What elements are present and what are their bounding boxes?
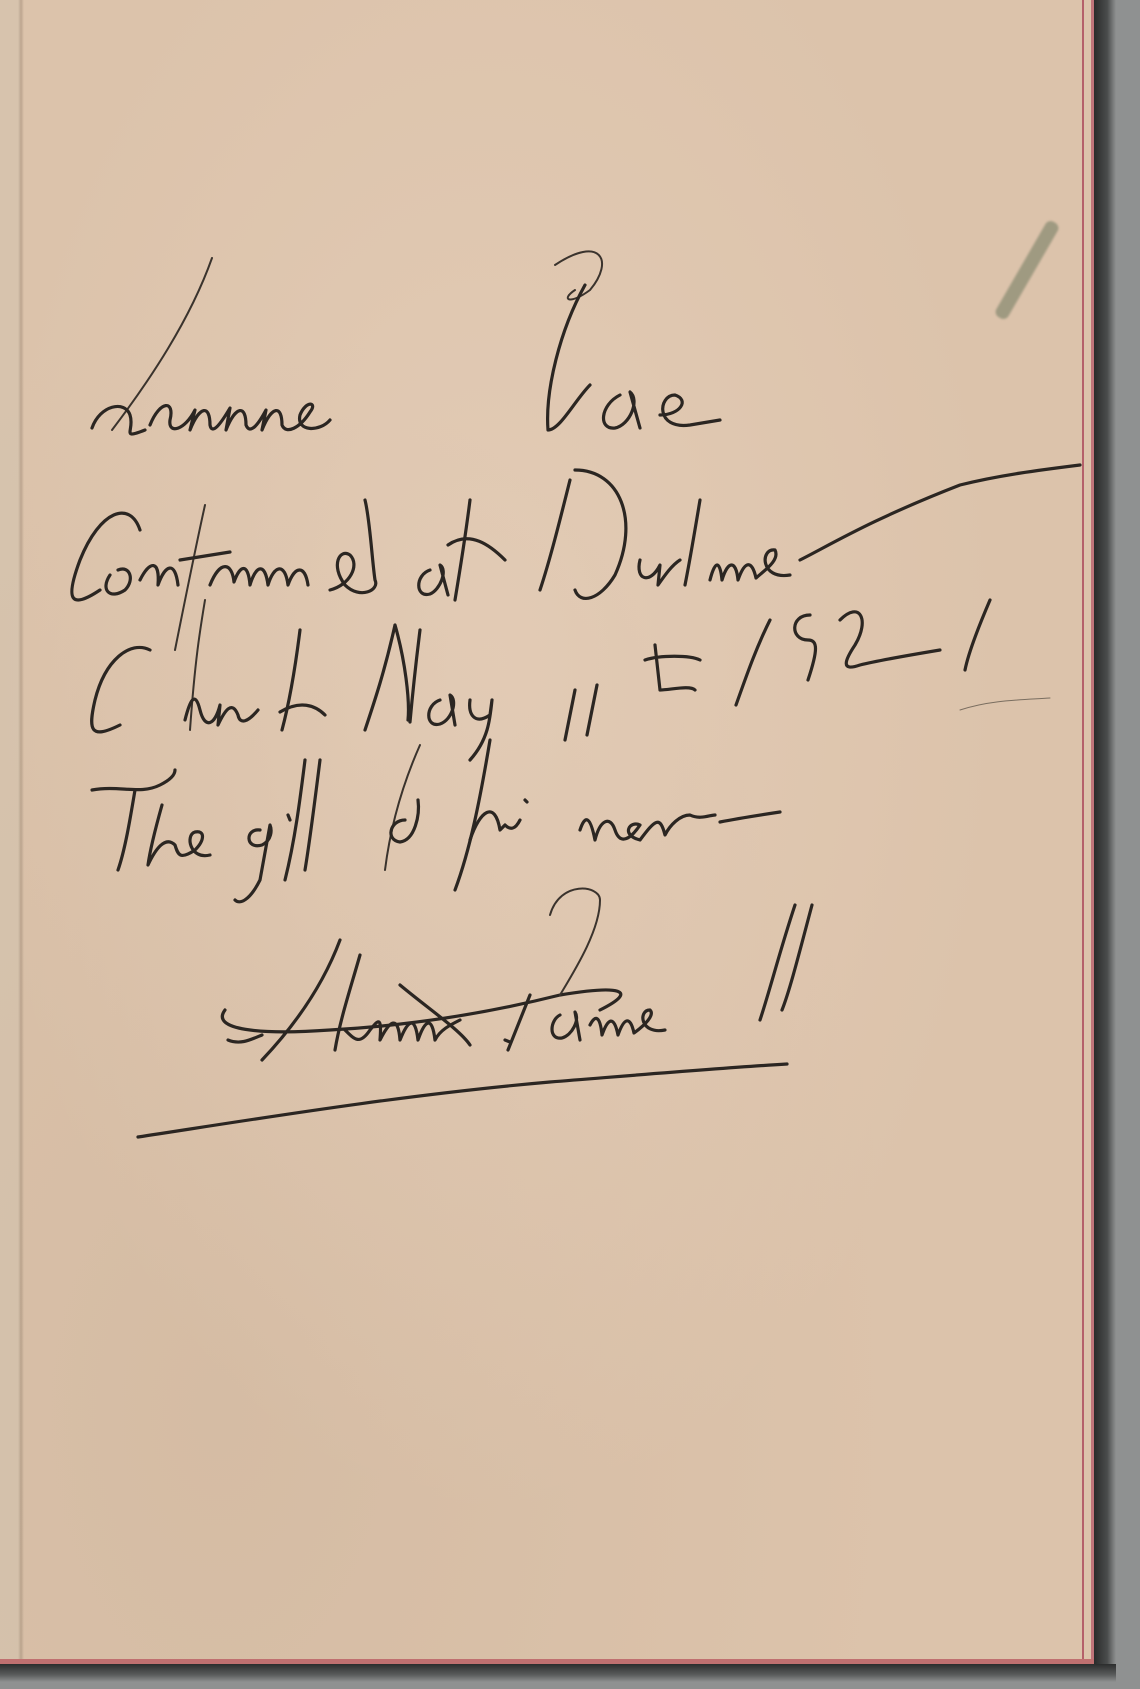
handwriting-strokes xyxy=(0,0,1094,1664)
faint-pencil-mark xyxy=(960,698,1050,710)
handwriting-line-4 xyxy=(92,740,780,902)
page-shadow-right xyxy=(1094,0,1116,1680)
handwriting-signature xyxy=(222,889,812,1060)
signature-underline xyxy=(138,1064,787,1137)
handwriting-line-1 xyxy=(92,251,720,434)
handwriting-line-3 xyxy=(92,600,990,760)
page-shadow-bottom xyxy=(0,1664,1116,1682)
book-page: Laurence Coe Confirmed at Bulmer Church … xyxy=(0,0,1094,1664)
handwriting-line-2 xyxy=(72,465,1080,650)
